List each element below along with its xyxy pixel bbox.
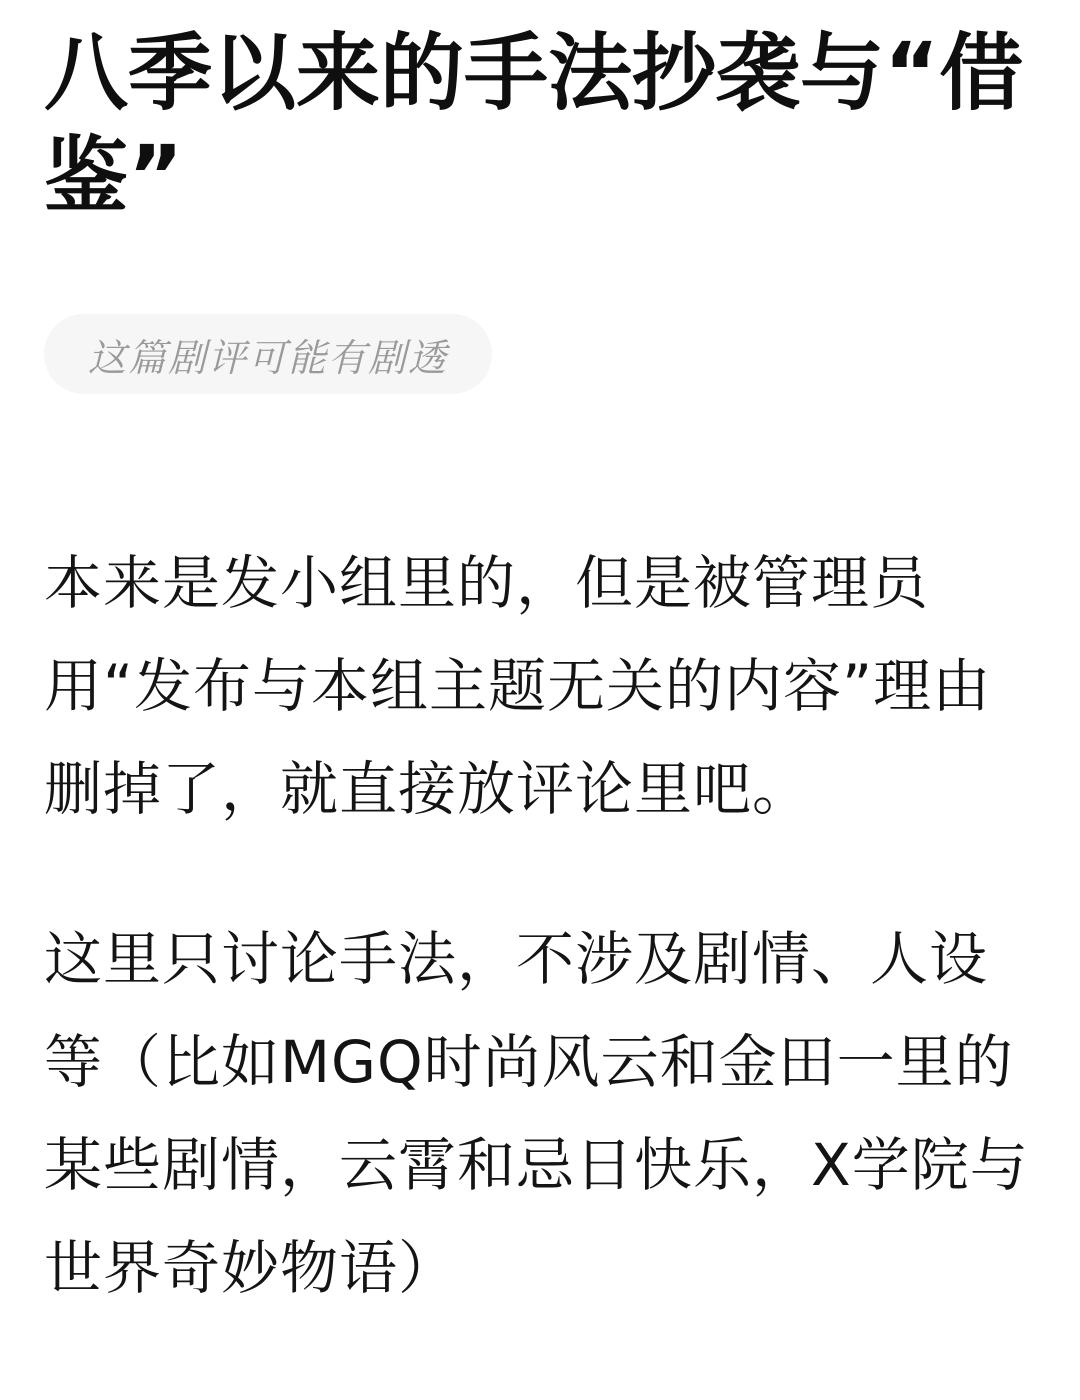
- article-title: 八季以来的手法抄袭与“借鉴”: [44, 22, 1036, 228]
- article-body: 本来是发小组里的，但是被管理员用“发布与本组主题无关的内容”理由删掉了，就直接放…: [44, 532, 1036, 1320]
- spoiler-warning-text: 这篇剧评可能有剧透: [88, 327, 448, 382]
- spoiler-warning-badge: 这篇剧评可能有剧透: [44, 314, 492, 394]
- review-article-page: 八季以来的手法抄袭与“借鉴” 这篇剧评可能有剧透 本来是发小组里的，但是被管理员…: [0, 0, 1080, 1400]
- article-paragraph-2: 这里只讨论手法，不涉及剧情、人设等（比如MGQ时尚风云和金田一里的某些剧情，云霄…: [44, 908, 1036, 1320]
- article-paragraph-1: 本来是发小组里的，但是被管理员用“发布与本组主题无关的内容”理由删掉了，就直接放…: [44, 532, 1036, 841]
